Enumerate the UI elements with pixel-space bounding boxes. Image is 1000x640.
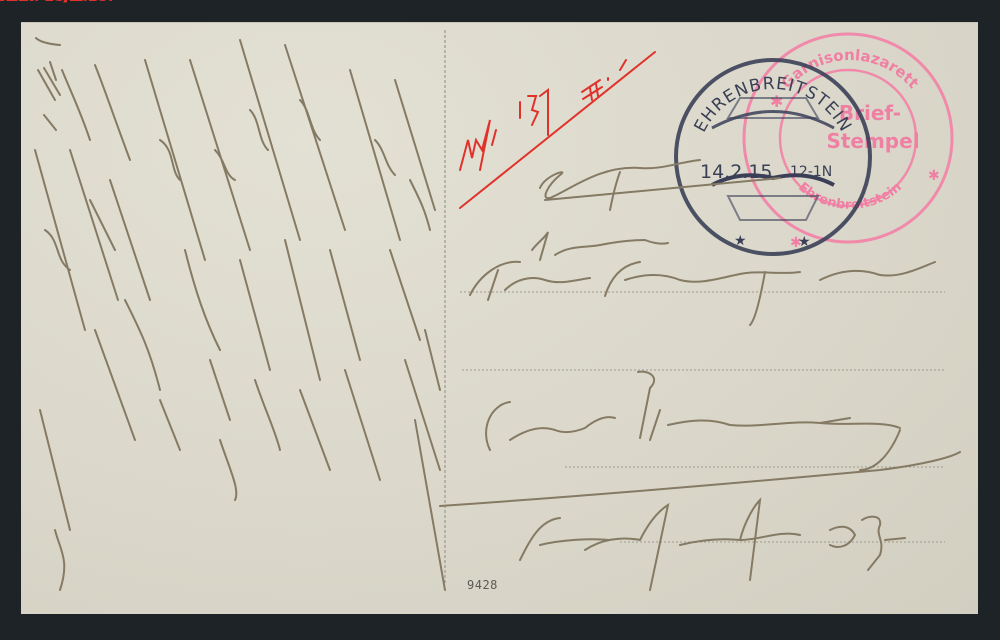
svg-text:★: ★	[734, 233, 747, 249]
svg-text:✱: ✱	[928, 168, 940, 184]
address-handwriting	[440, 160, 960, 590]
print-number: 9428	[467, 578, 498, 592]
postcard-artwork: Garnisonlazarett Ehrenbreitstein Brief- …	[0, 0, 1000, 640]
svg-text:Arzt. 15/II.15.: Arzt. 15/II.15.	[0, 0, 113, 4]
postmark: EHRENBREITSTEIN 14.2.15. 12-1N ★ ★	[676, 60, 870, 254]
svg-text:12-1N: 12-1N	[790, 164, 832, 180]
svg-text:✱: ✱	[770, 92, 783, 111]
address-lines	[460, 292, 945, 542]
message-handwriting	[35, 38, 445, 590]
svg-text:★: ★	[798, 234, 811, 250]
